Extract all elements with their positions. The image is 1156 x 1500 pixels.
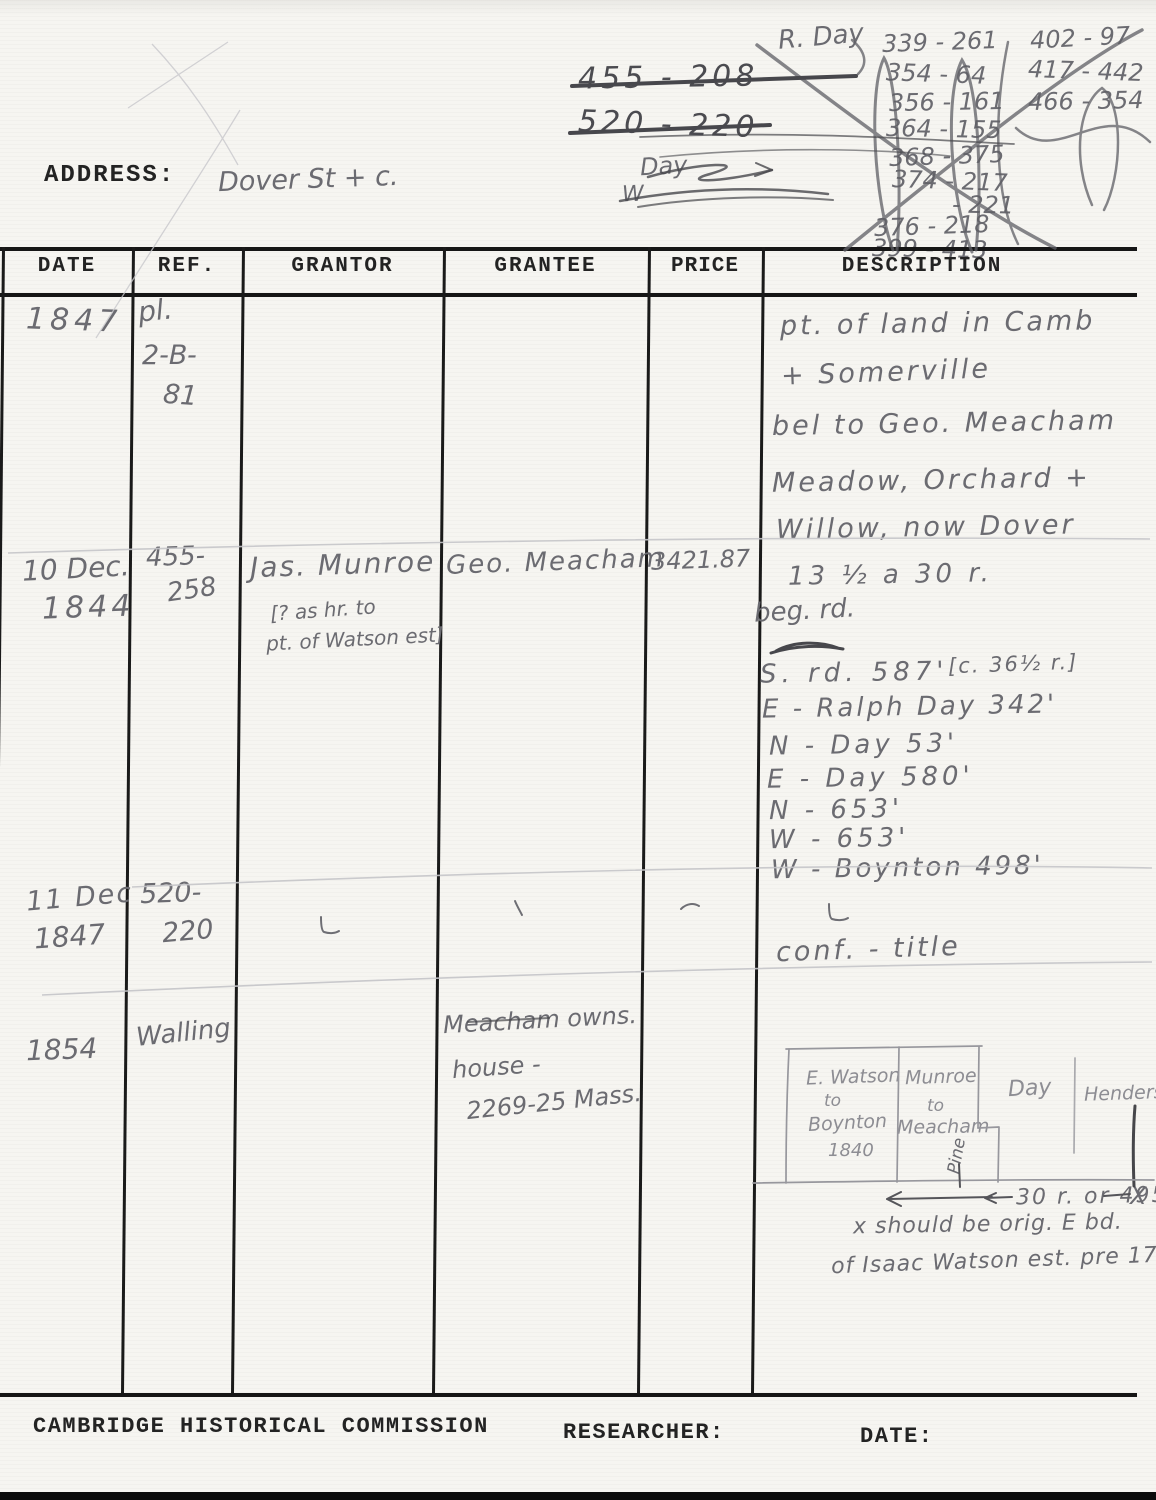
column-header-price: PRICE (648, 255, 762, 278)
row2-description-line: E - Day 580' (767, 761, 974, 795)
r-day-label: R. Day (777, 18, 865, 55)
column-header-description: DESCRIPTION (762, 255, 1082, 278)
row1-description-line: bel to Geo. Meacham (772, 405, 1117, 442)
table-vertical-line (231, 247, 245, 1393)
ref-pair: 339 - 261 (882, 26, 998, 58)
row2-description-line: N - Day 53' (769, 728, 959, 761)
sketch-x-mark: X (1130, 1182, 1146, 1210)
table-vertical-line (432, 247, 446, 1393)
ref-pair: 417 - 442 (1028, 55, 1144, 87)
row1-ref-line: 2-B- (142, 340, 197, 371)
scribbled-word-day: Day (639, 151, 688, 181)
table-vertical-line (637, 247, 651, 1393)
column-header-grantee: GRANTEE (443, 255, 648, 278)
sketch-parcel1-label-line: to (824, 1091, 841, 1111)
row1-description-line: Willow, now Dover (776, 509, 1076, 545)
row2-description-line: beg. rd. (753, 593, 855, 628)
ref-pair: 356 - 161 (889, 87, 1005, 117)
scanned-deed-research-form: ADDRESS: Dover St + c. 455 - 208 520 - 2… (0, 0, 1156, 1500)
sketch-parcel1-label-line: Boynton (807, 1110, 887, 1136)
sketch-parcel2-label-line: to (927, 1096, 944, 1116)
column-header-ref: REF. (132, 255, 242, 278)
row4-date: 1854 (25, 1032, 97, 1067)
sketch-parcel3-label: Day (1007, 1075, 1052, 1102)
table-vertical-line (0, 247, 5, 1393)
row1-ref-line: 81 (162, 379, 198, 412)
footer-researcher-label: RESEARCHER: (563, 1420, 725, 1445)
row4-note-line: x should be orig. E bd. (853, 1210, 1123, 1240)
table-bottom-border (0, 1393, 1137, 1397)
sketch-parcel2-label-line: Munroe (905, 1065, 977, 1089)
row2-description-line: S. rd. 587' (760, 656, 949, 689)
scribbled-word-w: W (622, 182, 645, 208)
sketch-parcel1-label-line: E. Watson (806, 1064, 901, 1089)
crossed-ref-note-1: 455 - 208 (578, 58, 759, 96)
column-header-grantor: GRANTOR (242, 255, 443, 278)
row2-grantor-name: Jas. Munroe (249, 545, 435, 584)
column-header-date: DATE (2, 255, 132, 278)
row2-description-line: 13 ½ a 30 r. (788, 558, 993, 592)
footer-date-label: DATE: (860, 1424, 934, 1449)
table-vertical-line (751, 247, 765, 1393)
ref-pair: 364 - 155 (886, 114, 1002, 144)
sketch-parcel4-label: Henderson (1084, 1080, 1156, 1106)
footer-organization: CAMBRIDGE HISTORICAL COMMISSION (33, 1414, 489, 1439)
row2-description-line: N - 653' (769, 794, 904, 826)
row2-description-line: W - 653' (769, 823, 910, 855)
row2-price-value: 3421.87 (651, 544, 751, 575)
row3-description: conf. - title (776, 931, 962, 968)
row3-ref-line: 520- (139, 877, 201, 910)
address-value: Dover St + c. (218, 161, 400, 198)
row1-description-line: pt. of land in Camb (780, 305, 1096, 342)
ref-pair: 466 - 354 (1028, 86, 1144, 116)
row3-ref-line: 220 (161, 914, 215, 949)
row2-description-bracket-note: [c. 36½ r.] (948, 650, 1079, 679)
row2-date-line: 10 Dec. (21, 549, 130, 588)
scan-edge-bar (0, 1492, 1156, 1500)
row2-description-line: W - Boynton 498' (771, 851, 1044, 886)
address-label: ADDRESS: (44, 162, 175, 189)
row1-description-line: Meadow, Orchard + (772, 462, 1091, 499)
ref-pair: 354 - 64 (886, 58, 987, 89)
row2-ref-line: 455- (145, 541, 205, 573)
row3-date-line: 1847 (33, 918, 106, 956)
sketch-parcel1-label-line: 1840 (828, 1140, 874, 1161)
row1-date: 1847 (25, 301, 123, 339)
ref-pair: 402 - 97 (1029, 21, 1131, 54)
row2-description-line: E - Ralph Day 342' (762, 689, 1058, 724)
crossed-ref-note-2: 520 - 220 (577, 104, 759, 145)
row1-ref-line: pl. (136, 292, 174, 328)
sketch-parcel2-label-line: Meacham (897, 1115, 990, 1139)
table-vertical-line (121, 247, 135, 1393)
row2-date-line: 1844 (41, 588, 135, 626)
